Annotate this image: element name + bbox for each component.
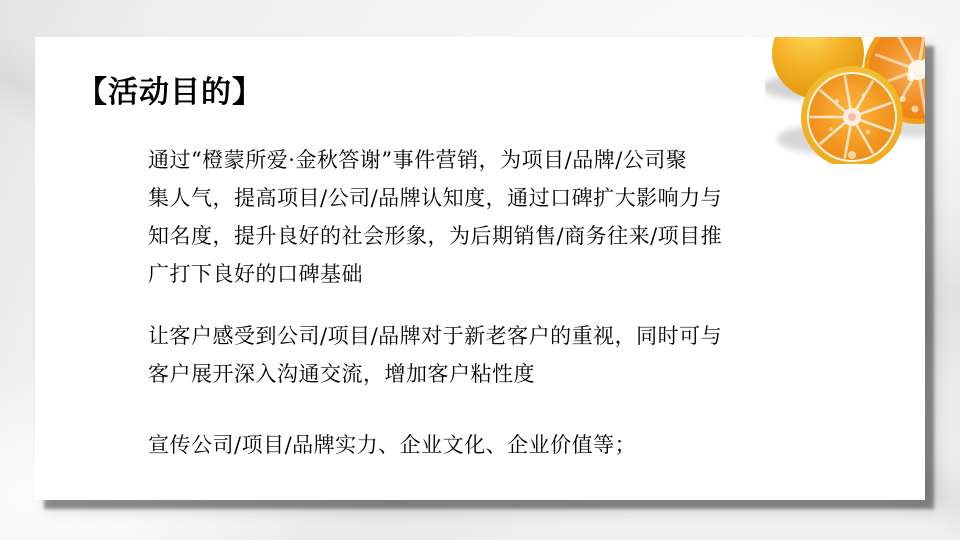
text-line: 集人气，提高项目/公司/品牌认知度，通过口碑扩大影响力与: [148, 179, 722, 217]
slide-title: 【活动目的】: [77, 67, 263, 111]
text-line: 通过“橙蒙所爱·金秋答谢”事件营销，为项目/品牌/公司聚: [148, 141, 722, 179]
oranges-photo: [765, 37, 925, 164]
text-line: 广打下良好的口碑基础: [148, 255, 722, 293]
paragraph-3: 宣传公司/项目/品牌实力、企业文化、企业价值等；: [148, 426, 722, 464]
paragraph-1: 通过“橙蒙所爱·金秋答谢”事件营销，为项目/品牌/公司聚 集人气，提高项目/公司…: [148, 141, 722, 293]
paragraph-2: 让客户感受到公司/项目/品牌对于新老客户的重视，同时可与 客户展开深入沟通交流，…: [148, 317, 722, 393]
text-line: 知名度，提升良好的社会形象，为后期销售/商务往来/项目推: [148, 217, 722, 255]
slide-card: 【活动目的】 通过“橙蒙所爱·金秋答谢”事件营销，为项目/品牌/公司聚 集人气，…: [35, 37, 925, 500]
text-line: 客户展开深入沟通交流，增加客户粘性度: [148, 355, 722, 393]
text-line: 让客户感受到公司/项目/品牌对于新老客户的重视，同时可与: [148, 317, 722, 355]
oranges-illustration: [765, 37, 925, 164]
slide-body: 通过“橙蒙所爱·金秋答谢”事件营销，为项目/品牌/公司聚 集人气，提高项目/公司…: [148, 141, 722, 464]
slide-background: 【活动目的】 通过“橙蒙所爱·金秋答谢”事件营销，为项目/品牌/公司聚 集人气，…: [0, 0, 960, 540]
text-line: 宣传公司/项目/品牌实力、企业文化、企业价值等；: [148, 426, 722, 464]
